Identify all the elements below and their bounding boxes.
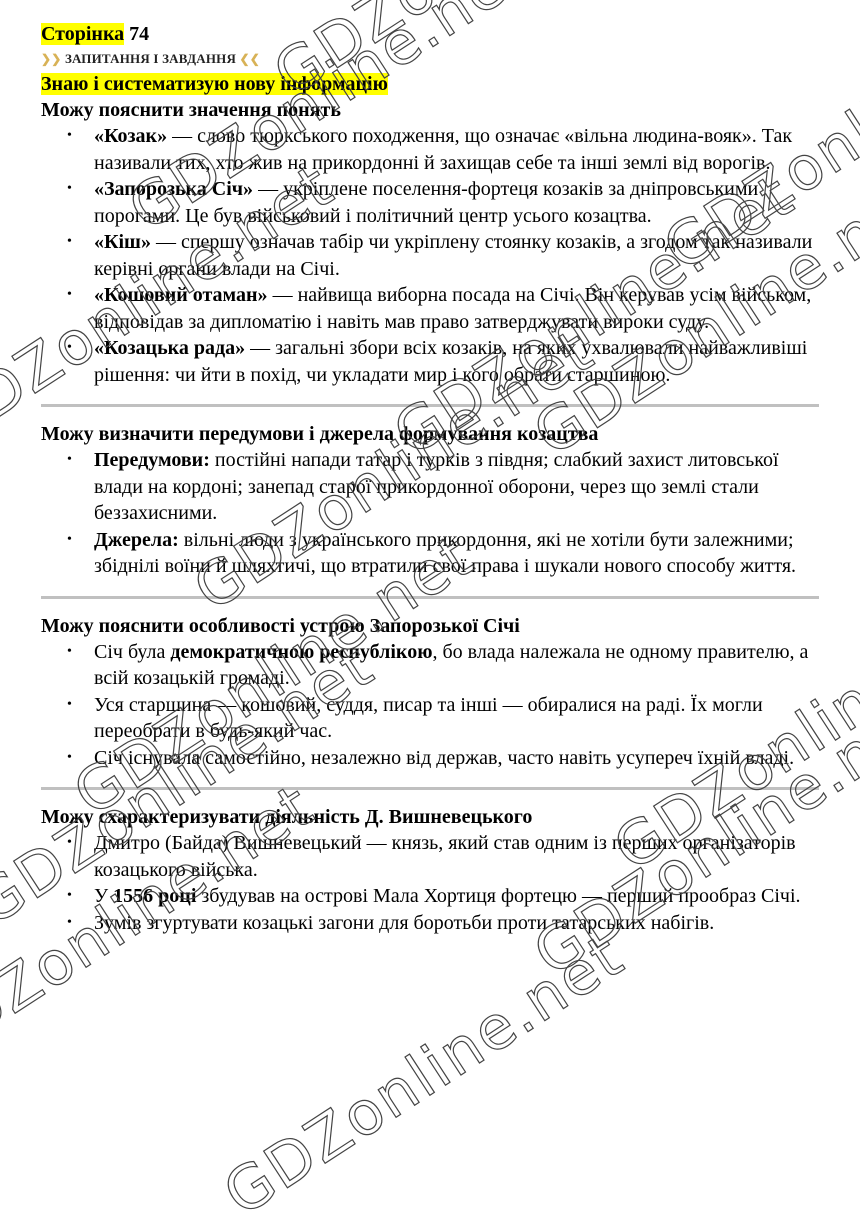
item-term: «Козак» (94, 125, 167, 147)
list-item: «Запорозька Січ» — укріплене поселення-ф… (94, 176, 821, 229)
bullet-list: Передумови: постійні напади татар і турк… (41, 447, 821, 580)
list-item: Січ була демократичною республікою, бо в… (94, 639, 821, 692)
document-page: Сторінка 74 ❯❯ ЗАПИТАННЯ І ЗАВДАННЯ ❮❮ З… (41, 20, 821, 936)
section-banner: ❯❯ ЗАПИТАННЯ І ЗАВДАННЯ ❮❮ (41, 49, 821, 69)
list-item: Передумови: постійні напади татар і турк… (94, 447, 821, 527)
section-heading: Можу визначити передумови і джерела форм… (41, 421, 821, 447)
section-heading: Можу пояснити значення понять (41, 97, 821, 123)
item-term: Передумови: (94, 449, 210, 471)
item-text: вільні люди з українського прикордоння, … (94, 529, 796, 578)
item-text: — спершу означав табір чи укріплену стоя… (94, 231, 812, 280)
list-item: «Кіш» — спершу означав табір чи укріплен… (94, 229, 821, 282)
subtitle-text: Знаю і систематизую нову інформацію (41, 73, 388, 95)
item-text: — слово тюркського походження, що означа… (94, 125, 792, 174)
page-label: Сторінка (41, 23, 124, 45)
list-item: Джерела: вільні люди з українського прик… (94, 527, 821, 580)
item-text-pre: У (94, 885, 113, 907)
item-term: 1556 році (113, 885, 196, 907)
section-divider (41, 596, 819, 599)
section-heading: Можу схарактеризувати діяльність Д. Вишн… (41, 804, 821, 830)
list-item: Дмитро (Байда) Вишневецький — князь, яки… (94, 830, 821, 883)
list-item: Зумів згуртувати козацькі загони для бор… (94, 910, 821, 937)
subtitle: Знаю і систематизую нову інформацію (41, 71, 821, 97)
item-term: «Запорозька Січ» (94, 178, 253, 200)
section-divider (41, 404, 819, 407)
section-heading: Можу пояснити особливості устрою Запороз… (41, 613, 821, 639)
ornament-right-icon: ❮❮ (240, 52, 261, 66)
item-text: Уся старшина — кошовий, суддя, писар та … (94, 694, 763, 743)
list-item: «Кошовий отаман» — найвища виборна посад… (94, 282, 821, 335)
list-item: У 1556 році збудував на острові Мала Хор… (94, 883, 821, 910)
item-text: Зумів згуртувати козацькі загони для бор… (94, 912, 714, 934)
list-item: Січ існувала самостійно, незалежно від д… (94, 745, 821, 772)
bullet-list: «Козак» — слово тюркського походження, щ… (41, 123, 821, 388)
item-text: Дмитро (Байда) Вишневецький — князь, яки… (94, 832, 796, 881)
page-title: Сторінка 74 (41, 20, 821, 48)
item-text: збудував на острові Мала Хортиця фортецю… (196, 885, 800, 907)
bullet-list: Січ була демократичною республікою, бо в… (41, 639, 821, 772)
ornament-left-icon: ❯❯ (41, 52, 62, 66)
item-term: Джерела: (94, 529, 179, 551)
list-item: «Козацька рада» — загальні збори всіх ко… (94, 335, 821, 388)
banner-text: ЗАПИТАННЯ І ЗАВДАННЯ (65, 51, 236, 66)
item-term: демократичною республікою (170, 641, 432, 663)
item-term: «Козацька рада» (94, 337, 245, 359)
bullet-list: Дмитро (Байда) Вишневецький — князь, яки… (41, 830, 821, 936)
sections-container: Можу пояснити значення понять«Козак» — с… (41, 97, 821, 936)
watermark: GDZonline.net (212, 921, 636, 1224)
page-number: 74 (129, 23, 149, 45)
list-item: «Козак» — слово тюркського походження, щ… (94, 123, 821, 176)
item-text-pre: Січ була (94, 641, 170, 663)
item-text: Січ існувала самостійно, незалежно від д… (94, 747, 794, 769)
list-item: Уся старшина — кошовий, суддя, писар та … (94, 692, 821, 745)
section-divider (41, 787, 819, 790)
item-term: «Кошовий отаман» (94, 284, 268, 306)
item-term: «Кіш» (94, 231, 151, 253)
